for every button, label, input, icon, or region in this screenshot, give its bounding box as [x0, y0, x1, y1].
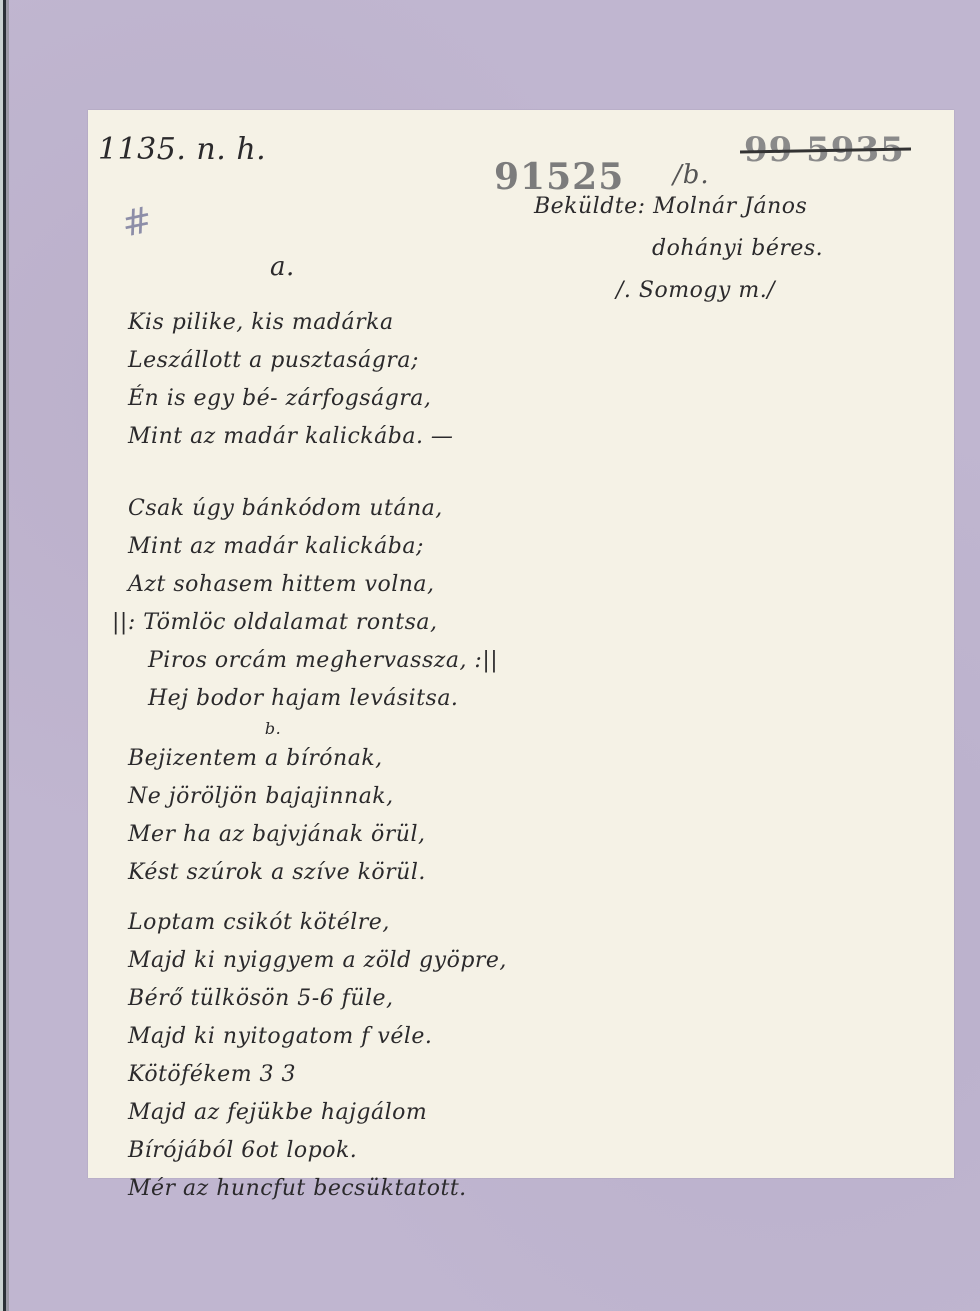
stanza-1: Kis pilike, kis madárka Leszállott a pus… — [128, 304, 507, 456]
poem-line: Azt sohasem hittem volna, — [128, 566, 507, 604]
poem-line: ||: Tömlöc oldalamat rontsa, — [112, 604, 507, 642]
verse-label-a: a. — [270, 252, 295, 282]
poem-line: Mer ha az bajvjának örül, — [128, 816, 507, 854]
stanza-4: Loptam csikót kötélre, Majd ki nyiggyem … — [128, 904, 507, 1208]
scanner-edge — [0, 0, 9, 1311]
manuscript-page: 1135. n. h. # 91525 /b. 99 5935 Beküldte… — [88, 110, 954, 1178]
poem-line: Mint az madár kalickába; — [128, 528, 507, 566]
poem-line: Kést szúrok a szíve körül. — [128, 854, 507, 892]
poem-line: Bérő tülkösön 5-6 füle, — [128, 980, 507, 1018]
collector-note: Beküldte: Molnár János dohányi béres. /.… — [534, 186, 823, 312]
poem-line: Bírójából 6ot lopok. — [128, 1132, 507, 1170]
poem-line: Hej bodor hajam levásitsa. — [128, 680, 507, 718]
poem-line: Mér az huncfut becsüktatott. — [128, 1170, 507, 1208]
poem-line: Kis pilike, kis madárka — [128, 304, 507, 342]
poem-line: Csak úgy bánkódom utána, — [128, 490, 507, 528]
poem-line: Én is egy bé- zárfogságra, — [128, 380, 507, 418]
stanza-2: Csak úgy bánkódom utána, Mint az madár k… — [128, 490, 507, 718]
poem-line: Bejizentem a bírónak, — [128, 740, 507, 778]
poem-line: Kötöfékem 3 3 — [128, 1056, 507, 1094]
stanza-3: Bejizentem a bírónak, Ne jöröljön bajaji… — [128, 740, 507, 892]
poem-line: Majd ki nyitogatom f véle. — [128, 1018, 507, 1056]
archive-reference: 1135. n. h. — [98, 132, 266, 167]
poem-line: Leszállott a pusztaságra; — [128, 342, 507, 380]
pencil-hash-mark: # — [118, 199, 156, 245]
collector-county: /. Somogy m./ — [534, 270, 823, 312]
section-b-label: b. — [128, 718, 418, 740]
poem-line: Majd az fejükbe hajgálom — [128, 1094, 507, 1132]
stanza-gap — [128, 892, 507, 904]
poem-line: Piros orcám meghervassza, :|| — [128, 642, 507, 680]
poem-line: Mint az madár kalickába. — — [128, 418, 507, 456]
collector-name: Beküldte: Molnár János — [534, 186, 823, 228]
poem-line: Ne jöröljön bajajinnak, — [128, 778, 507, 816]
stanza-gap — [128, 456, 507, 490]
poem-line: Majd ki nyiggyem a zöld gyöpre, — [128, 942, 507, 980]
collector-occupation: dohányi béres. — [534, 228, 823, 270]
poem-line: Loptam csikót kötélre, — [128, 904, 507, 942]
poem-body: Kis pilike, kis madárka Leszállott a pus… — [128, 304, 507, 1208]
crossed-out-stamp-number: 99 5935 — [744, 130, 905, 170]
